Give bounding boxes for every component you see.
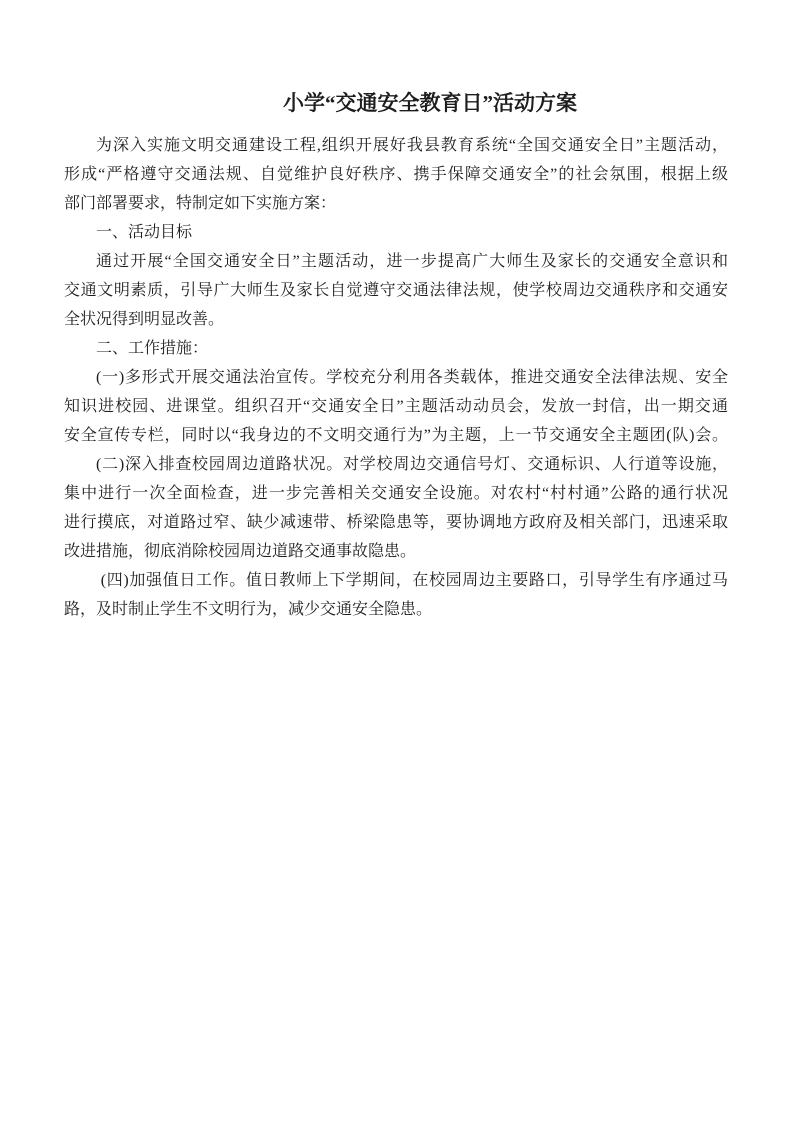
text-line: 形成“严格遵守交通法规、自觉维护良好秩序、携手保障交通安全”的社会氛围，根据上级: [64, 160, 728, 189]
document-title: 小学“交通安全教育日”活动方案: [64, 88, 728, 118]
text-line: 改进措施，彻底消除校园周边道路交通事故隐患。: [64, 537, 728, 566]
text-line: 集中进行一次全面检查，进一步完善相关交通安全设施。对农村“村村通”公路的通行状况: [64, 479, 728, 508]
text-line: (四)加强值日工作。值日教师上下学期间，在校园周边主要路口，引导学生有序通过马: [64, 566, 728, 595]
text-line: (一)多形式开展交通法治宣传。学校充分利用各类载体，推进交通安全法律法规、安全: [64, 363, 728, 392]
text-line: (二)深入排查校园周边道路状况。对学校周边交通信号灯、交通标识、人行道等设施，: [64, 450, 728, 479]
section-heading: 一、活动目标: [64, 218, 728, 247]
paragraph: (一)多形式开展交通法治宣传。学校充分利用各类载体，推进交通安全法律法规、安全 …: [64, 363, 728, 450]
text-line: 知识进校园、进课堂。组织召开“交通安全日”主题活动动员会，发放一封信，出一期交通: [64, 392, 728, 421]
section-heading: 二、工作措施：: [64, 334, 728, 363]
paragraph: 为深入实施文明交通建设工程,组织开展好我县教育系统“全国交通安全日”主题活动， …: [64, 131, 728, 218]
text-line: 进行摸底，对道路过窄、缺少减速带、桥梁隐患等，要协调地方政府及相关部门，迅速采取: [64, 508, 728, 537]
heading-line: 一、活动目标: [64, 218, 728, 247]
paragraph: (二)深入排查校园周边道路状况。对学校周边交通信号灯、交通标识、人行道等设施， …: [64, 450, 728, 566]
text-line: 部门部署要求，特制定如下实施方案：: [64, 189, 728, 218]
heading-line: 二、工作措施：: [64, 334, 728, 363]
text-line: 全状况得到明显改善。: [64, 305, 728, 334]
paragraph: 通过开展“全国交通安全日”主题活动，进一步提高广大师生及家长的交通安全意识和 交…: [64, 247, 728, 334]
text-line: 安全宣传专栏，同时以“我身边的不文明交通行为”为主题，上一节交通安全主题团(队)…: [64, 421, 728, 450]
text-line: 为深入实施文明交通建设工程,组织开展好我县教育系统“全国交通安全日”主题活动，: [64, 131, 728, 160]
text-line: 通过开展“全国交通安全日”主题活动，进一步提高广大师生及家长的交通安全意识和: [64, 247, 728, 276]
document-page: 小学“交通安全教育日”活动方案 为深入实施文明交通建设工程,组织开展好我县教育系…: [0, 0, 793, 1122]
text-line: 交通文明素质，引导广大师生及家长自觉遵守交通法律法规，使学校周边交通秩序和交通安: [64, 276, 728, 305]
text-line: 路，及时制止学生不文明行为，减少交通安全隐患。: [64, 595, 728, 624]
document-content: 小学“交通安全教育日”活动方案 为深入实施文明交通建设工程,组织开展好我县教育系…: [64, 0, 728, 624]
paragraph: (四)加强值日工作。值日教师上下学期间，在校园周边主要路口，引导学生有序通过马 …: [64, 566, 728, 624]
